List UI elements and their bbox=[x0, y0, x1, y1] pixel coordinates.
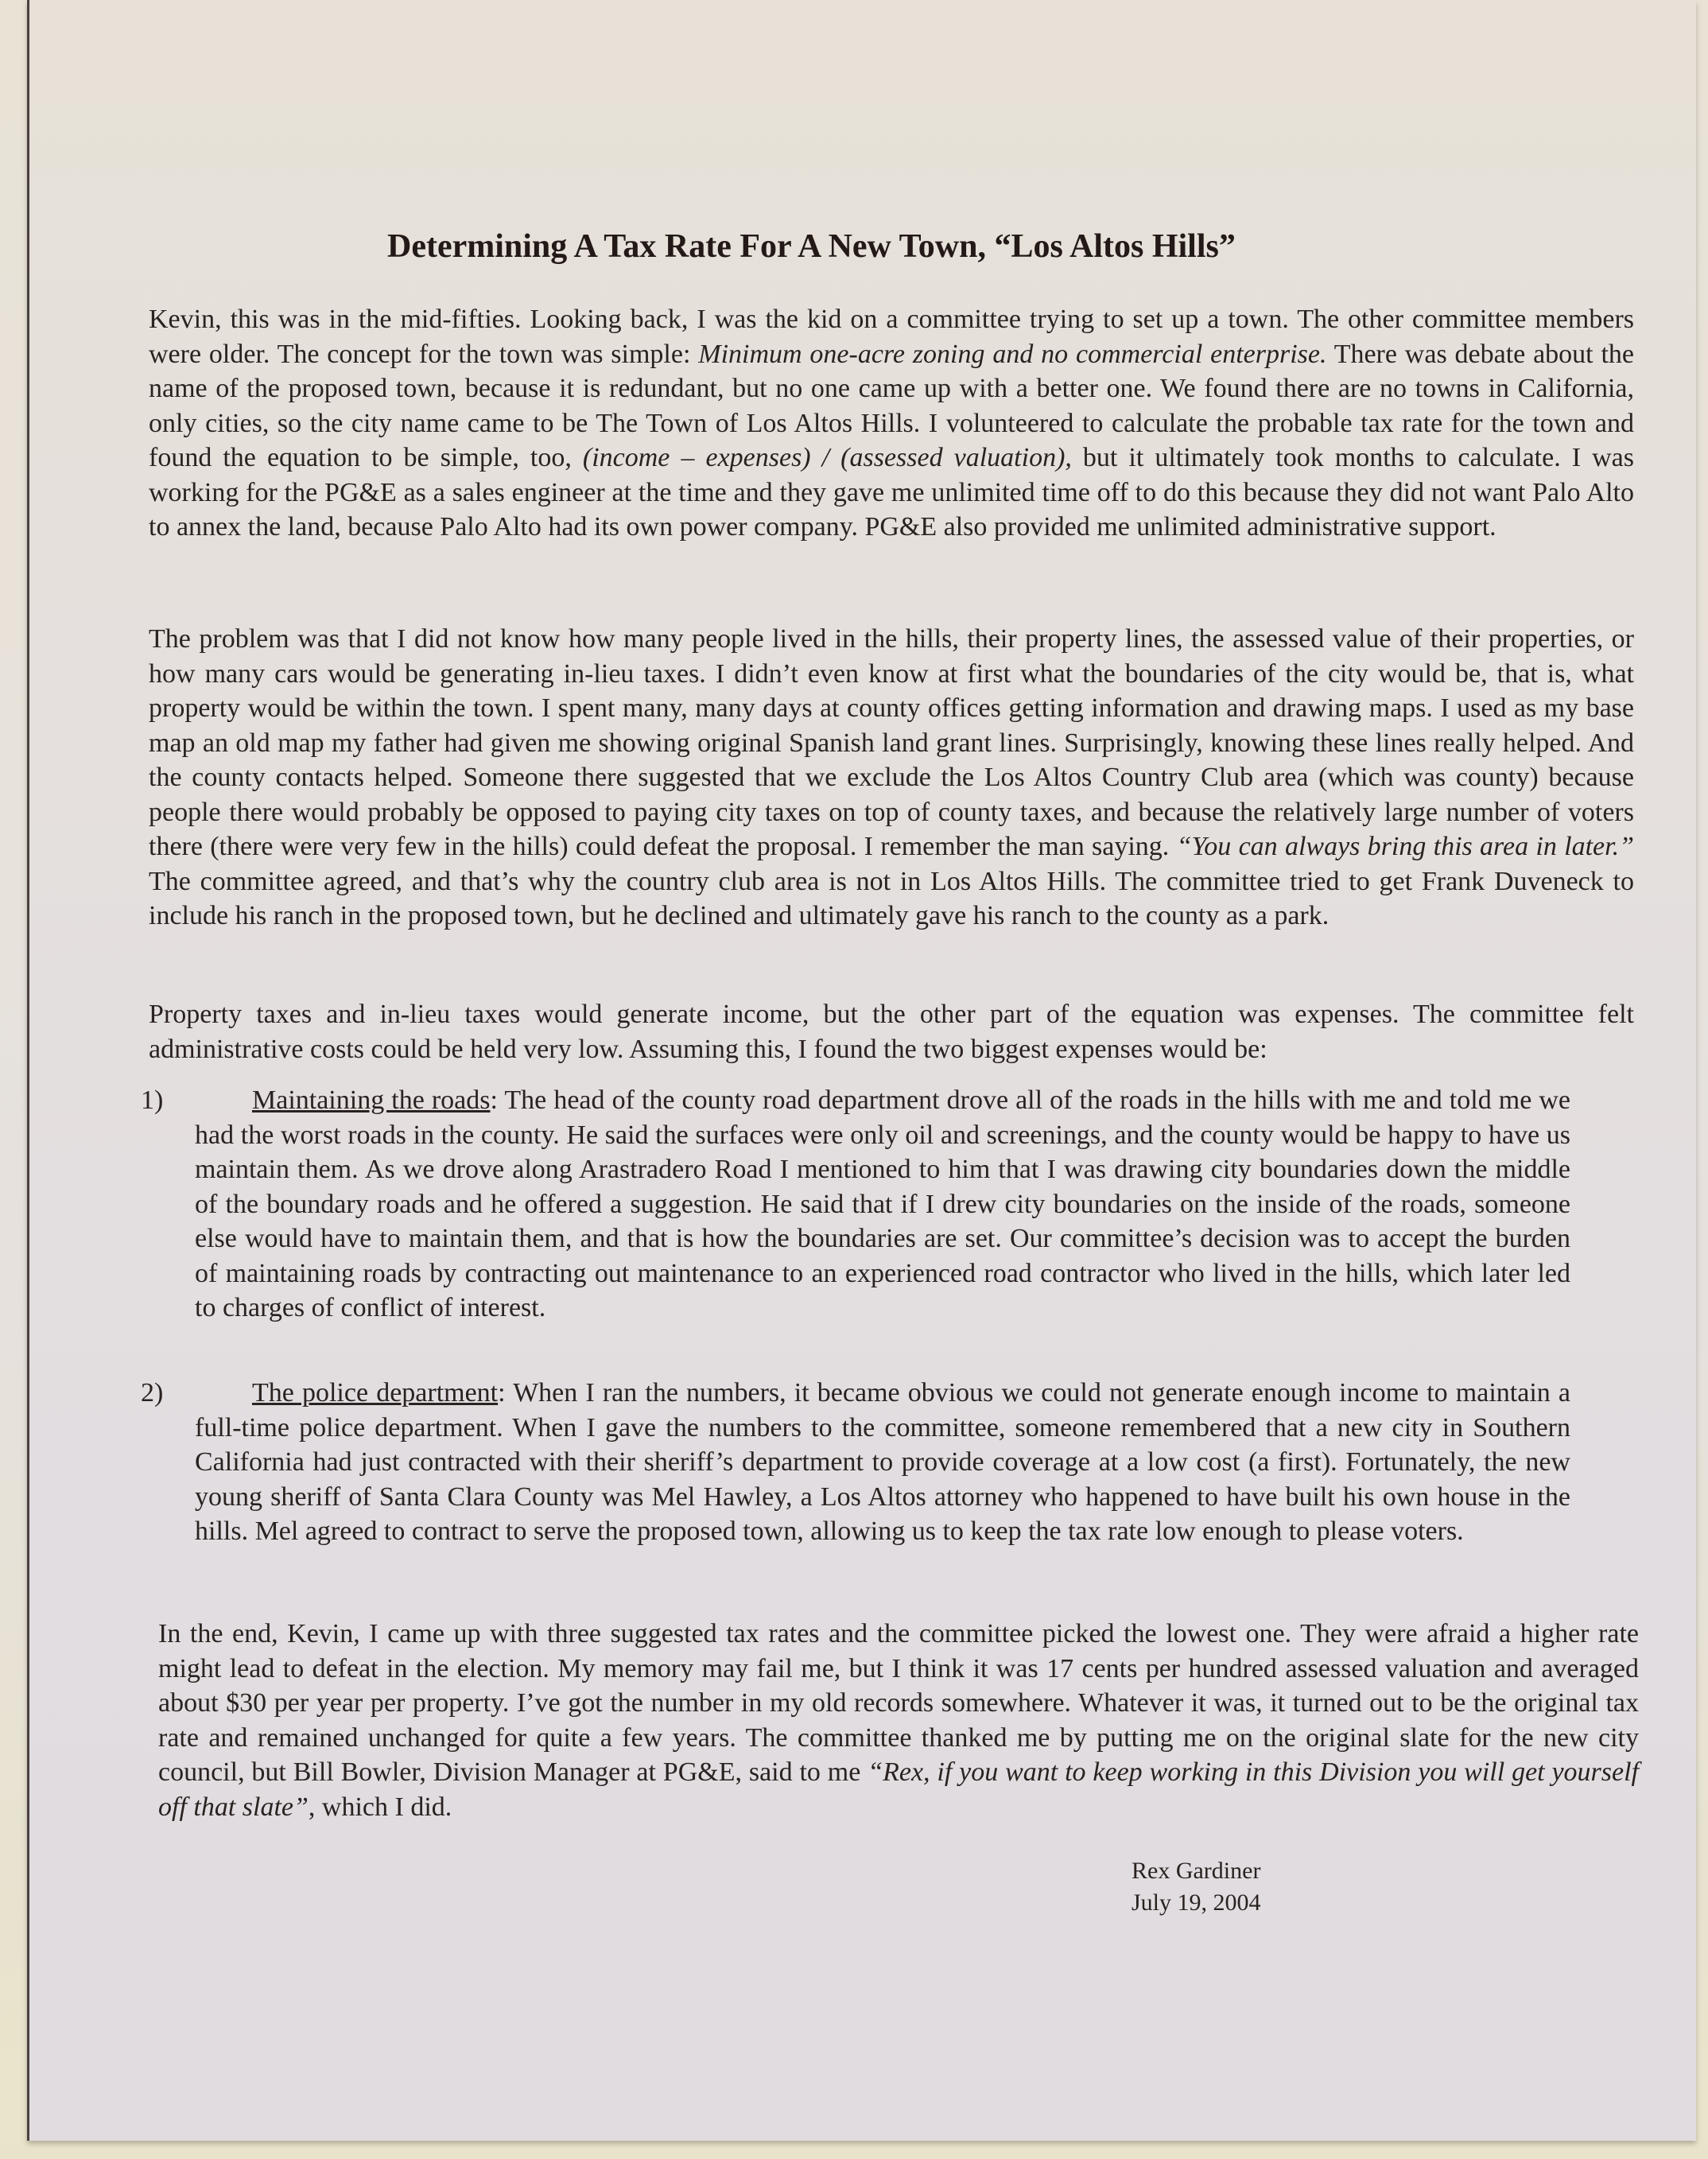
list-item-heading: The police department bbox=[252, 1378, 498, 1408]
paragraph-intro: Kevin, this was in the mid-fifties. Look… bbox=[149, 302, 1634, 545]
paper-sheet: Determining A Tax Rate For A New Town, “… bbox=[27, 0, 1696, 2141]
paragraph-problem: The problem was that I did not know how … bbox=[149, 622, 1634, 934]
document-title: Determining A Tax Rate For A New Town, “… bbox=[387, 227, 1236, 266]
list-item-heading: Maintaining the roads bbox=[252, 1085, 491, 1115]
list-number: 1) bbox=[141, 1083, 163, 1118]
signature-block: Rex Gardiner July 19, 2004 bbox=[1132, 1855, 1261, 1919]
paragraph-expenses: Property taxes and in-lieu taxes would g… bbox=[149, 997, 1634, 1066]
list-number: 2) bbox=[141, 1376, 163, 1411]
list-item-body: The police department: When I ran the nu… bbox=[195, 1376, 1570, 1549]
signature-date: July 19, 2004 bbox=[1132, 1887, 1261, 1919]
signature-name: Rex Gardiner bbox=[1132, 1855, 1261, 1887]
paragraph-conclusion: In the end, Kevin, I came up with three … bbox=[158, 1617, 1639, 1824]
list-item-body: Maintaining the roads: The head of the c… bbox=[195, 1083, 1570, 1326]
show-through-letterhead bbox=[141, 16, 920, 103]
